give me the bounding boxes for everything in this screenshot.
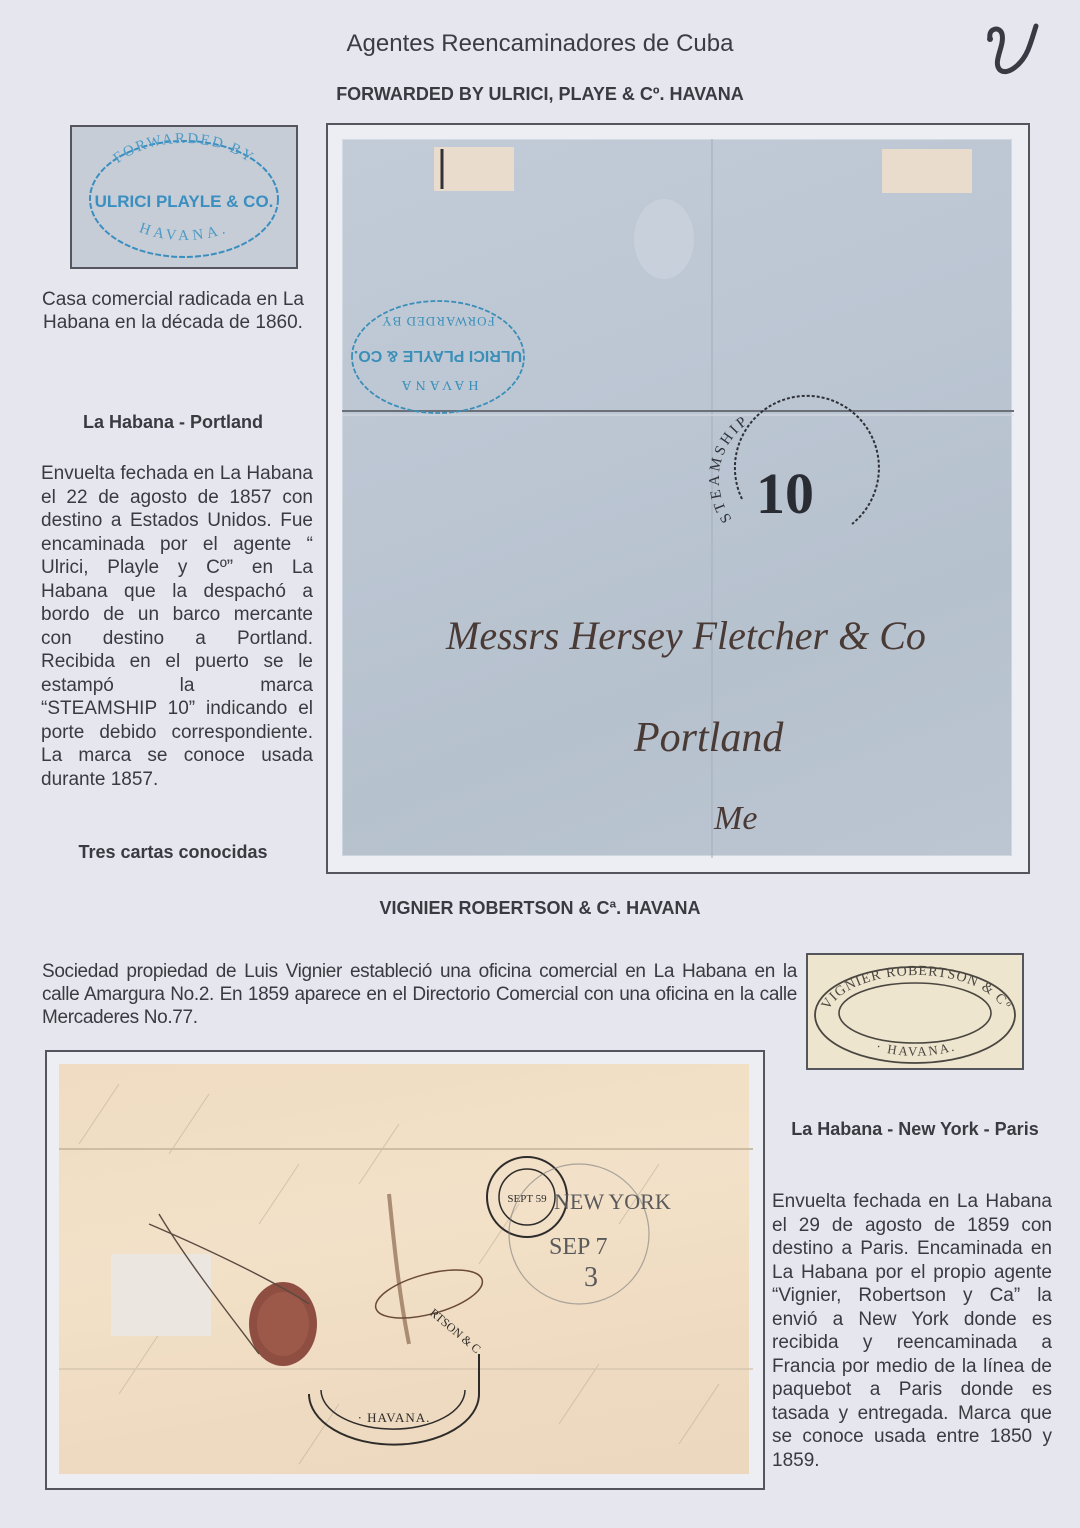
svg-text:NEW YORK: NEW YORK [554, 1189, 671, 1214]
svg-text:HAVANA.: HAVANA. [137, 220, 231, 244]
svg-text:Portland: Portland [633, 715, 784, 761]
section-letter-badge [978, 18, 1048, 88]
svg-text:· HAVANA.: · HAVANA. [875, 1038, 958, 1058]
svg-text:RTSON & C: RTSON & C [427, 1306, 483, 1357]
stamp-top-arc: FORWARDED BY [111, 131, 258, 167]
ulrici-stamp-detail-image: FORWARDED BY ULRICI PLAYLE & CO. HAVANA. [70, 125, 298, 269]
company2-description: Sociedad propiedad de Luis Vignier estab… [42, 960, 797, 1029]
cover1-image: ULRICI PLAYLE & CO. HAVANA FORWARDED BY … [342, 139, 1012, 856]
svg-text:10: 10 [756, 461, 814, 526]
oval-forwarder-stamp-icon: FORWARDED BY ULRICI PLAYLE & CO. HAVANA. [72, 127, 296, 267]
svg-text:ULRICI PLAYLE & CO.: ULRICI PLAYLE & CO. [354, 347, 522, 364]
svg-text:SEP 7: SEP 7 [549, 1234, 607, 1260]
svg-text:VIGNIER ROBERTSON & Cº: VIGNIER ROBERTSON & Cº [819, 964, 1013, 1013]
route-heading-portland: La Habana - Portland [38, 412, 308, 433]
new-york-postmark: NEW YORK SEP 7 3 [509, 1164, 671, 1304]
cover2-description: Envuelta fechada en La Habana el 29 de a… [772, 1190, 1052, 1472]
svg-text:HAVANA: HAVANA [397, 377, 478, 392]
manuscript-address: Messrs Hersey Fletcher & Co Portland Me [445, 613, 926, 837]
known-letters-note: Tres cartas conocidas [38, 842, 308, 863]
cover2-mount: SEPT 59 NEW YORK SEP 7 3 · HAVANA. RTSON… [45, 1050, 765, 1490]
svg-text:Me: Me [713, 800, 757, 837]
svg-text:3: 3 [584, 1262, 598, 1293]
svg-text:Messrs Hersey Fletcher & Co: Messrs Hersey Fletcher & Co [445, 613, 926, 658]
svg-text:SEPT 59: SEPT 59 [507, 1193, 547, 1205]
cover2-image: SEPT 59 NEW YORK SEP 7 3 · HAVANA. RTSON… [59, 1064, 749, 1474]
svg-text:FORWARDED BY: FORWARDED BY [381, 314, 495, 329]
section1-heading: FORWARDED BY ULRICI, PLAYE & Cº. HAVANA [280, 84, 800, 105]
stamp-bottom-arc: HAVANA. [137, 220, 231, 244]
svg-text:· HAVANA.: · HAVANA. [358, 1410, 431, 1425]
section2-heading: VIGNIER ROBERTSON & Cª. HAVANA [320, 898, 760, 919]
svg-text:FORWARDED BY: FORWARDED BY [111, 131, 258, 167]
script-letter-u-icon [978, 18, 1048, 88]
hinge-tab-right [882, 149, 972, 193]
page-title: Agentes Reencaminadores de Cuba [0, 30, 1080, 58]
oval-vignier-stamp-icon: VIGNIER ROBERTSON & Cº · HAVANA. [808, 955, 1022, 1068]
forwarder-oval-stamp-inverted: ULRICI PLAYLE & CO. HAVANA FORWARDED BY [352, 301, 524, 413]
vignier-stamp-detail-image: VIGNIER ROBERTSON & Cº · HAVANA. [806, 953, 1024, 1070]
route-heading-paris: La Habana - New York - Paris [775, 1117, 1055, 1141]
hinge-tab-left [434, 147, 514, 191]
paper-hinge [111, 1254, 211, 1336]
cover1-mount: ULRICI PLAYLE & CO. HAVANA FORWARDED BY … [326, 123, 1030, 874]
vignier-oval-stamp-partial: · HAVANA. RTSON & C [309, 1306, 484, 1445]
company-caption: Casa comercial radicada en La Habana en … [38, 288, 308, 334]
stamp-center-text: ULRICI PLAYLE & CO. [95, 192, 274, 211]
cover1-description: Envuelta fechada en La Habana el 22 de a… [41, 462, 313, 791]
svg-text:STEAMSHIP: STEAMSHIP [707, 412, 752, 525]
